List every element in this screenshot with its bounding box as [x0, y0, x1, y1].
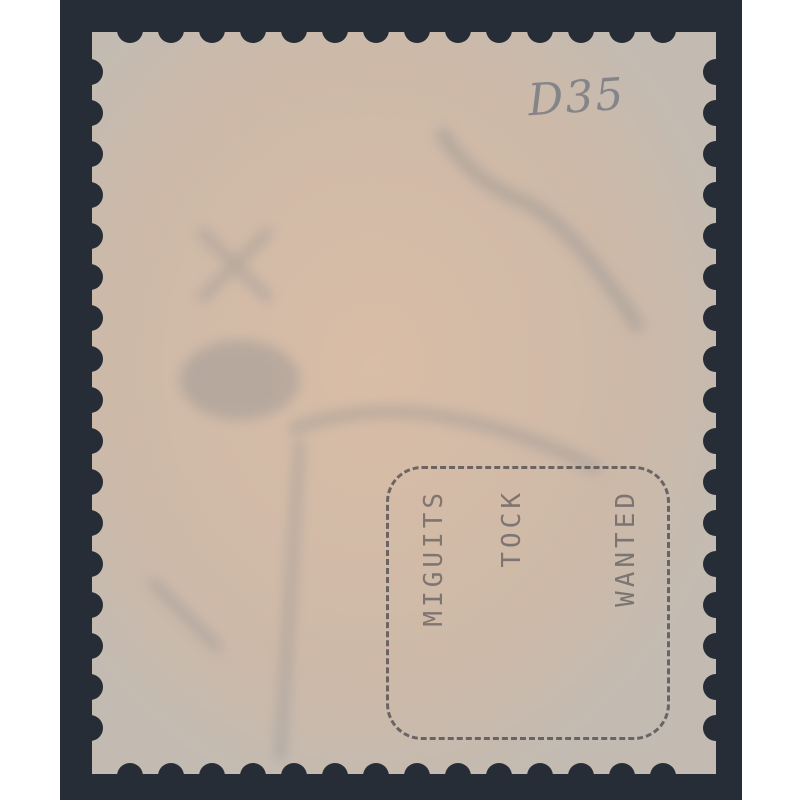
cancel-text-line: WANTED	[611, 489, 641, 607]
cancel-text-line: TOCK	[497, 489, 527, 568]
pencil-notation: D35	[526, 69, 627, 127]
boxed-cancellation: WANTED TOCK MIGUITS	[386, 466, 670, 740]
cancel-text-line: MIGUITS	[419, 489, 449, 627]
